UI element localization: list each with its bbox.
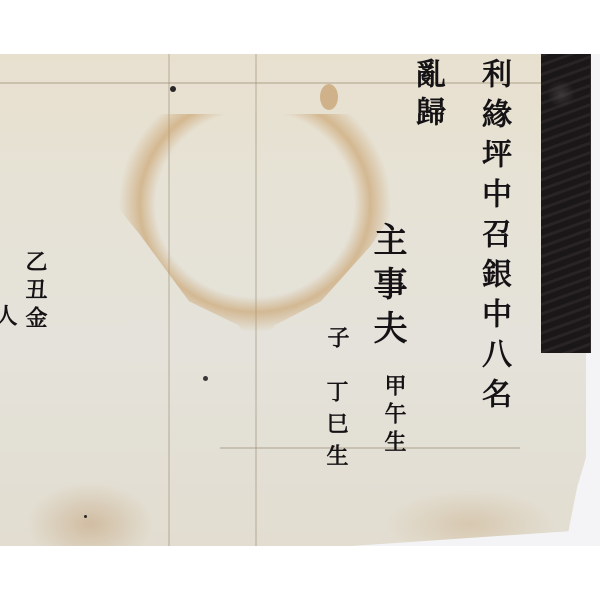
text-column-2: 亂歸: [412, 58, 442, 134]
text-column-4: 甲午生: [383, 374, 405, 458]
dark-frame-border: [541, 54, 591, 353]
ink-speck: [170, 86, 176, 92]
aged-paper: 利緣坪中召銀中八名 亂歸 主事夫 甲午生 子 丁巳生 乙丑金 人: [0, 54, 586, 546]
text-column-3: 主事夫: [370, 222, 404, 354]
text-column-5: 子: [326, 326, 348, 352]
ink-speck: [203, 376, 208, 381]
stain-spot: [320, 84, 338, 110]
text-column-7: 乙丑金: [24, 250, 46, 334]
text-column-1: 利緣坪中召銀中八名: [478, 58, 508, 418]
horizontal-fold-line: [220, 447, 520, 449]
text-column-6: 丁巳生: [325, 380, 347, 476]
text-column-8: 人: [0, 304, 16, 330]
ink-speck: [84, 515, 87, 518]
document-photo: 利緣坪中召銀中八名 亂歸 主事夫 甲午生 子 丁巳生 乙丑金 人: [0, 54, 600, 546]
